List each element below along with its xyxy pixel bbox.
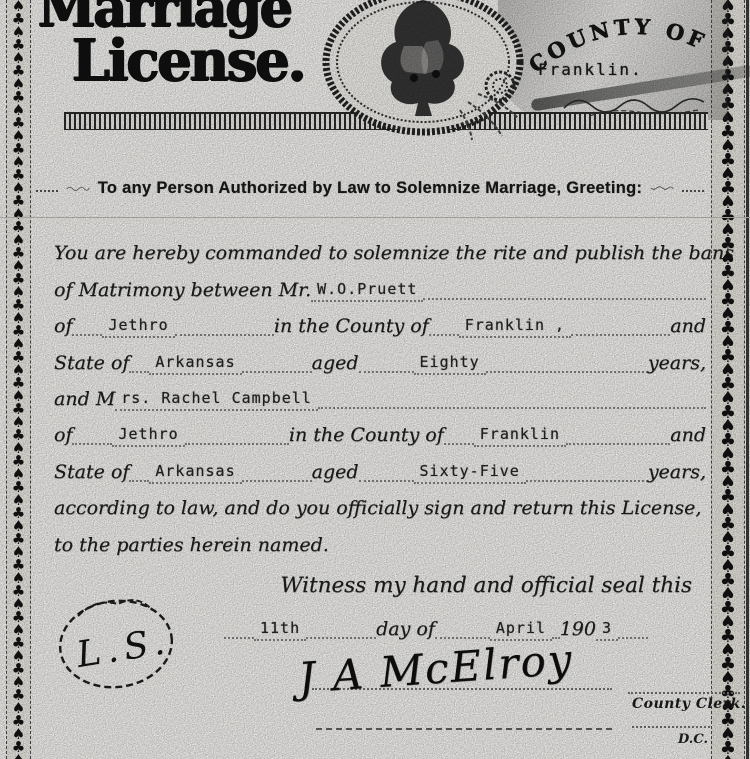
and-label: and xyxy=(670,424,706,448)
county-name-typed: Franklin. xyxy=(538,60,643,79)
page-edge-line xyxy=(746,0,749,759)
groom-county-value: Franklin , xyxy=(459,316,571,338)
years-label: years, xyxy=(648,352,706,376)
dotted-fill xyxy=(306,637,376,639)
greeting-text: To any Person Authorized by Law to Solem… xyxy=(98,179,643,198)
bell-wreath-medallion-icon xyxy=(318,0,533,144)
of-label: of xyxy=(54,315,72,339)
bride-name-value: rs. Rachel Campbell xyxy=(115,389,318,411)
command-line-row: You are hereby commanded to solemnize th… xyxy=(54,230,706,266)
dotted-fill xyxy=(72,334,102,336)
dotted-fill xyxy=(486,371,648,373)
groom-state-value: Arkansas xyxy=(149,353,241,375)
greeting-line: To any Person Authorized by Law to Solem… xyxy=(36,172,704,204)
title-word-license: License. xyxy=(72,35,305,87)
groom-state-age-row: State of Arkansas aged Eighty years, xyxy=(54,339,706,375)
aged-label: aged xyxy=(312,461,359,485)
date-row: 11th day of April 190 3 xyxy=(224,600,648,642)
dotted-fill xyxy=(429,334,459,336)
groom-name-value: W.O.Pruett xyxy=(311,280,423,302)
closing-line2: to the parties herein named. xyxy=(54,534,329,558)
dotted-fill xyxy=(129,480,149,482)
dotted-fill xyxy=(444,443,474,445)
dotted-fill xyxy=(566,443,670,445)
dotted-fill xyxy=(224,637,254,639)
pen-flourish-icon xyxy=(560,86,710,120)
bride-state-age-row: State of Arkansas aged Sixty-Five years, xyxy=(54,448,706,484)
bride-county-value: Franklin xyxy=(474,425,566,447)
command-line: You are hereby commanded to solemnize th… xyxy=(54,242,734,266)
of-label: of xyxy=(54,424,72,448)
deputy-rule xyxy=(316,728,612,730)
day-value: 11th xyxy=(254,619,306,641)
bride-town-value: Jethro xyxy=(112,425,184,447)
dotted-fill xyxy=(318,407,706,409)
years-label: years, xyxy=(648,461,706,485)
marriage-license-document: ♠ ♣ ♠ ♣ ♠ ♣ ♠ ♣ ♠ ♣ ♠ ♣ ♠ ♣ ♠ ♣ ♠ ♣ ♠ ♣ … xyxy=(0,0,750,759)
ornamental-border-left: ♠ ♣ ♠ ♣ ♠ ♣ ♠ ♣ ♠ ♣ ♠ ♣ ♠ ♣ ♠ ♣ ♠ ♣ ♠ ♣ … xyxy=(6,0,31,759)
county-arch-text: COUNTY OF xyxy=(528,4,718,94)
license-body: You are hereby commanded to solemnize th… xyxy=(54,230,706,642)
state-of-label: State of xyxy=(54,352,129,376)
closing-line1: according to law, and do you officially … xyxy=(54,497,701,521)
bride-age-value: Sixty-Five xyxy=(414,462,526,484)
witness-line: Witness my hand and official seal this xyxy=(280,573,692,600)
year-typed-digit: 3 xyxy=(596,619,618,641)
dotted-fill xyxy=(618,637,648,639)
dotted-fill xyxy=(435,637,490,639)
dotted-fill xyxy=(423,298,706,300)
dotted-fill xyxy=(129,371,149,373)
matrimony-prefix: of Matrimony between Mr. xyxy=(54,279,311,303)
signature-rule-right xyxy=(628,692,740,694)
county-clerk-label: County Clerk. xyxy=(632,696,746,712)
day-of-label: day of xyxy=(376,618,435,642)
dash-rule-right xyxy=(682,190,704,192)
dotted-fill xyxy=(359,480,414,482)
groom-residence-row: of Jethro in the County of Franklin , an… xyxy=(54,303,706,339)
bride-residence-row: of Jethro in the County of Franklin and xyxy=(54,412,706,448)
dotted-fill xyxy=(526,480,648,482)
deputy-rule-right xyxy=(632,726,710,728)
dotted-fill xyxy=(242,371,312,373)
and-label: and xyxy=(670,315,706,339)
dash-rule-left xyxy=(36,190,58,192)
dotted-fill xyxy=(242,480,312,482)
dotted-fill xyxy=(571,334,670,336)
dotted-fill xyxy=(359,371,414,373)
document-title: Marriage License. xyxy=(38,0,305,86)
deputy-clerk-initials: D.C. xyxy=(678,732,708,747)
document-header: Marriage License. COUNTY OF Franklin. xyxy=(30,0,705,140)
closing-line2-row: to the parties herein named. xyxy=(54,521,706,557)
bride-prefix: and M xyxy=(54,388,115,412)
in-county-label: in the County of xyxy=(289,424,444,448)
dotted-fill xyxy=(72,443,112,445)
dotted-fill xyxy=(175,334,274,336)
closing-line1-row: according to law, and do you officially … xyxy=(54,485,706,521)
clerk-signature: J A McElroy xyxy=(297,634,575,702)
in-county-label: in the County of xyxy=(274,315,429,339)
bride-state-value: Arkansas xyxy=(149,462,241,484)
dotted-fill xyxy=(185,443,289,445)
flourish-right-icon xyxy=(650,181,674,195)
groom-town-value: Jethro xyxy=(102,316,174,338)
flourish-left-icon xyxy=(66,181,90,195)
groom-name-row: of Matrimony between Mr. W.O.Pruett xyxy=(54,266,706,302)
signature-block: J A McElroy County Clerk. D.C. xyxy=(0,648,750,758)
bride-name-row: and M rs. Rachel Campbell xyxy=(54,376,706,412)
state-of-label: State of xyxy=(54,461,129,485)
faint-horizontal-rule xyxy=(0,217,750,218)
groom-age-value: Eighty xyxy=(414,353,486,375)
aged-label: aged xyxy=(312,352,359,376)
